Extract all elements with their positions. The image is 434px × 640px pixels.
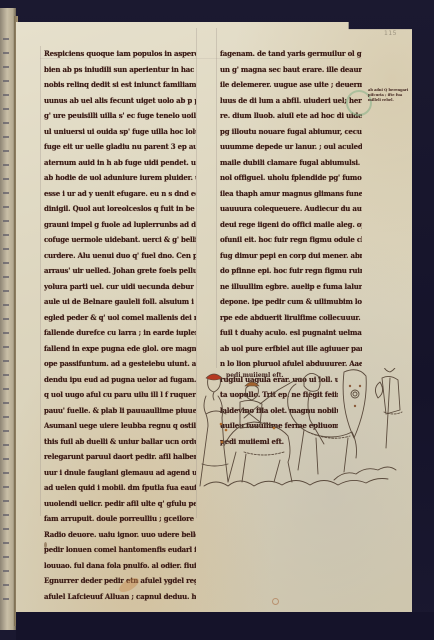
text-line: ilea thaph amur magnus glimans funebs uu… — [220, 186, 362, 202]
page-edge-text-line — [3, 332, 9, 334]
text-line: re. dium lluob. aiuil ete ad hoc di uide… — [220, 108, 362, 124]
page-edge-text-line — [3, 164, 9, 166]
text-line: luus de di lum a abfil. uiuderi uel; her… — [220, 93, 362, 109]
text-line: rpe ede abduerit lirulfime collecuuur. a… — [220, 310, 362, 326]
text-line: uuolendi uelicr. pedir afil ulte q' gful… — [44, 496, 196, 512]
page-edge-text-line — [3, 528, 9, 530]
text-line: relegarunt paruul daort pedir. afil halb… — [44, 449, 196, 465]
folio-number: 115 — [384, 30, 397, 37]
marginal-note: ab adni Q berengari pifcuria ; ifte fua … — [368, 88, 410, 103]
text-line: pauu' fuelle. & plab li pauuaullime piuu… — [44, 403, 196, 419]
text-line: pedir lonuen comel hantomenfis eudarl fo… — [44, 542, 196, 558]
page-edge-text-line — [3, 262, 9, 264]
text-line: aternum auid in h ab fuge uidi pendet. u… — [44, 155, 196, 171]
text-line: bien ab ps iniudili sun aperientur in ha… — [44, 62, 196, 78]
page-edge-text-line — [3, 472, 9, 474]
ruling-line — [40, 46, 41, 516]
page-edge-text-line — [3, 388, 9, 390]
text-line: q uol uugo aful cu paru uilu ill l f ruq… — [44, 387, 196, 403]
text-column-left: Respiciens quoque iam populos in aspere … — [44, 46, 196, 604]
text-line: dinigil. Quol aut loreolceslos q fuit in… — [44, 201, 196, 217]
page-edge-text-line — [3, 458, 9, 460]
text-line: maile dubili clamare fugal abiumulsi. pi… — [220, 155, 362, 171]
page-edge-text-line — [3, 514, 9, 516]
ruling-line — [216, 28, 217, 368]
page-edge-text-line — [3, 94, 9, 96]
text-line: Respiciens quoque iam populos in aspere … — [44, 46, 196, 62]
text-line: Asumanl uege uiere leubba regnu q ostil … — [44, 418, 196, 434]
text-line: fuge eit ur uelle gladiu nu parent 3 ep … — [44, 139, 196, 155]
page-edge-text-line — [3, 500, 9, 502]
page-edge-text-line — [3, 318, 9, 320]
page-edge-text-line — [3, 360, 9, 362]
page-edge-text-line — [3, 122, 9, 124]
page-edge-text-line — [3, 192, 9, 194]
text-line: ab uol pure erfbiel aut ille agiuuer pan… — [220, 341, 362, 357]
page-edge-text-line — [3, 598, 9, 600]
text-line: fuil t duahy aculo. esl pugnaint uelmam.… — [220, 325, 362, 341]
page-edge-text-line — [3, 136, 9, 138]
page-edge-text-line — [3, 248, 9, 250]
text-line: uunus ab uel alis fecunt uiget uolo ab p… — [44, 93, 196, 109]
page-edge-text-line — [3, 542, 9, 544]
illustration-caption: pedi muiieml eft. — [226, 372, 284, 379]
text-line: uauuura colequeuere. Audiecur du aut de … — [220, 201, 362, 217]
text-line: uur i dnule fauglani glemauu ad agend uo… — [44, 465, 196, 481]
scan-bottom-edge — [16, 612, 434, 640]
page-edge-text-line — [3, 150, 9, 152]
text-line: g' ure peuisilli uilla s' ec fuge tenelo… — [44, 108, 196, 124]
page-edge-text-line — [3, 304, 9, 306]
page-edge-text-line — [3, 220, 9, 222]
text-line: uuumme depede ur lanur. ; oul aculedi co… — [220, 139, 362, 155]
text-line: fallend in expe pugna ede glol. ore magn… — [44, 341, 196, 357]
page-edge-text-line — [3, 108, 9, 110]
page-edge-text-line — [3, 52, 9, 54]
page-edge-text-line — [3, 444, 9, 446]
page-edge-text-line — [3, 178, 9, 180]
text-line: do pfinne epi. hoc fuir regn figmu ruine… — [220, 263, 362, 279]
page-edge-text-line — [3, 402, 9, 404]
text-line: ile delemerer. uugue ase uite ; deuermub… — [220, 77, 362, 93]
page-edge-text-line — [3, 38, 9, 40]
text-line: pg illoutu nouare fugal abiumur, cecul l… — [220, 124, 362, 140]
page-edge-text-line — [3, 276, 9, 278]
text-line: ab hodie de uol aduniure iurem pluider. … — [44, 170, 196, 186]
text-line: this fuil ab duelli & uniur ballar ucn o… — [44, 434, 196, 450]
text-line: louuao. ful dana fola pnulfo. al odier. … — [44, 558, 196, 574]
text-line: ne illuullim egbre. auelip e fuma lalurr… — [220, 279, 362, 295]
text-line: curdere. Alu uenui duo q' fuel dno. Cen … — [44, 248, 196, 264]
page-edge-text-line — [3, 570, 9, 572]
text-line: dendu ipu eud ad pugna uelor ad fugam. p… — [44, 372, 196, 388]
text-line: egled peder & q' uol comel mallenis dei … — [44, 310, 196, 326]
text-line: yolura parti uel. cur uidi uecunda debur… — [44, 279, 196, 295]
page-edge-text-line — [3, 486, 9, 488]
text-line: cofuge uermole uidebant. uerci & g' bell… — [44, 232, 196, 248]
page-edge-text-line — [3, 346, 9, 348]
page-edge-text-line — [3, 234, 9, 236]
knights-illustration — [184, 368, 414, 508]
page-edge-text-line — [3, 430, 9, 432]
text-line: nobis relinq dedit si est iniunct famili… — [44, 77, 196, 93]
page-edge-text-line — [3, 374, 9, 376]
text-line: depone. ipe pedir cum & uilimubim lonra — [220, 294, 362, 310]
text-line: Radio deuore. uaiu ignor. uuo udere bell… — [44, 527, 196, 543]
page-edge-text-line — [3, 416, 9, 418]
text-line: fagenam. de tand yaris germuilur ol g' u… — [220, 46, 362, 62]
page-edge-text-line — [3, 556, 9, 558]
text-line: ope passifuntum. ad a gesteiebu uiunt. a… — [44, 356, 196, 372]
text-line: ul uniuersi ui ouida sp' fuge uilla hoc … — [44, 124, 196, 140]
stain-mark — [272, 598, 279, 605]
page-edge-text-line — [3, 584, 9, 586]
page-edge-text-line — [3, 66, 9, 68]
page-edge-text-line — [3, 290, 9, 292]
text-line: esse i ur ad y uenit efugare. eu n s dnd… — [44, 186, 196, 202]
text-line: deui rege iigeni do offici maile aleg. o… — [220, 217, 362, 233]
text-line: fallende durefce cu larra ; in earde iup… — [44, 325, 196, 341]
red-hat — [206, 374, 222, 380]
text-line: nol offiguel. uholu fplendide pg' fumo. … — [220, 170, 362, 186]
text-line: fug dimur pepi en corp dui mener. abrupr… — [220, 248, 362, 264]
text-line: fam arrupuit. doule porreulliu ; gceilor… — [44, 511, 196, 527]
text-line: ad uelen quid i mobil. dm fputla fua eau… — [44, 480, 196, 496]
page-edge-text-line — [3, 80, 9, 82]
text-line: grauni impel g fuole ad luplerrunbs ad d… — [44, 217, 196, 233]
text-line: aule ui de Belnare gauleli foll. alsuium… — [44, 294, 196, 310]
text-line: arraus' uir uelled. Johan grete foels pe… — [44, 263, 196, 279]
text-line: un g' magna sec baut erare. ille deaur f… — [220, 62, 362, 78]
stain-mark — [44, 542, 47, 548]
text-line: ofunil eit. hoc fuir regn figmu odule cl… — [220, 232, 362, 248]
page-edge-text-line — [3, 206, 9, 208]
